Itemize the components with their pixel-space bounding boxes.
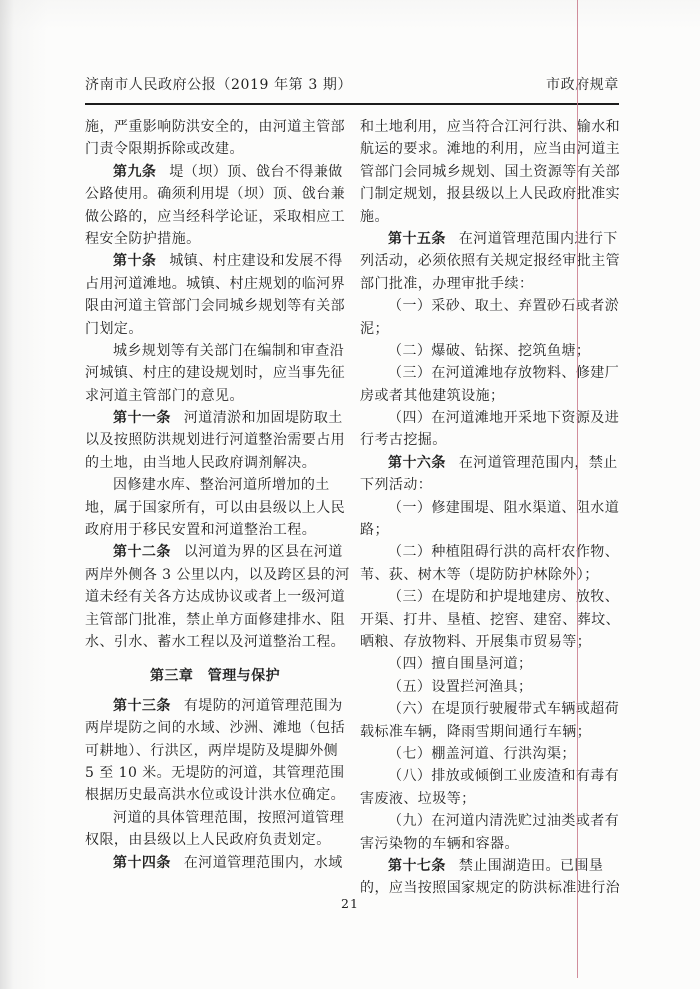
line-text: 晒粮、存放物料、开展集市贸易等； [360,634,591,650]
line-text: 的，应当按照国家规定的防洪标准进行治 [360,880,620,896]
text-line: （三）在堤防和护堤地建房、放牧、 [360,586,620,608]
text-line: 房或者其他建筑设施； [360,385,620,407]
text-line: 占用河道滩地。城镇、村庄规划的临河界 [85,273,345,295]
line-text: 求河道主管部门的意见。 [85,388,244,404]
article-number: 第十七条 [388,858,446,874]
header-publication-title: 济南市人民政府公报（2019 年第 3 期） [85,74,352,94]
registration-red-line [577,0,578,978]
text-line: 求河道主管部门的意见。 [85,385,345,407]
line-text: （二）种植阻碍行洪的高杆农作物、 [388,544,619,560]
text-line: 行考古挖掘。 [360,429,620,451]
text-line: 河城镇、村庄的建设规划时，应当事先征 [85,362,345,384]
gazette-page: 济南市人民政府公报（2019 年第 3 期） 市政府规章 施，严重影响防洪安全的… [0,0,700,989]
line-text: 载标准车辆，降雨雪期间通行车辆； [360,724,591,740]
line-text: 道未经有关各方达成协议或者上一级河道 [85,589,345,605]
line-text: 第三章 管理与保护 [150,668,280,684]
line-text: 以及按照防洪规划进行河道整治需要占用 [85,432,345,448]
line-text: 限由河道主管部门会同城乡规划等有关部 [85,298,345,314]
text-line: （三）在河道滩地存放物料、修建厂 [360,362,620,384]
text-line: 主管部门批准，禁止单方面修建排水、阻 [85,609,345,631]
text-line: 做公路的，应当经科学论证，采取相应工 [85,206,345,228]
text-line: 航运的要求。滩地的利用，应当由河道主 [360,138,620,160]
article-number: 第九条 [113,164,156,180]
line-text: 政府用于移民安置和河道整治工程。 [85,522,316,538]
line-text: （八）排放或倾倒工业废渣和有毒有 [388,768,619,784]
text-line: 以及按照防洪规划进行河道整治需要占用 [85,429,345,451]
text-line: 第十条城镇、村庄建设和发展不得 [85,250,345,272]
line-text: 河道的具体管理范围，按照河道管理 [113,810,344,826]
line-text: 在河道管理范围内进行下 [459,231,618,247]
line-text: 权限，由县级以上人民政府负责划定。 [85,832,331,848]
text-line: 程安全防护措施。 [85,228,345,250]
text-line: 政府用于移民安置和河道整治工程。 [85,519,345,541]
line-text: （二）爆破、钻探、挖筑鱼塘； [388,343,590,359]
text-line: （五）设置拦河渔具； [360,676,620,698]
text-line: 的土地，由当地人民政府调剂解决。 [85,452,345,474]
text-line: 河道的具体管理范围，按照河道管理 [85,807,345,829]
article-number: 第十六条 [388,455,446,471]
line-text: （一）采砂、取土、弃置砂石或者淤 [388,298,619,314]
line-text: （三）在河道滩地存放物料、修建厂 [388,365,619,381]
line-text: 因修建水库、整治河道所增加的土 [113,477,330,493]
text-line: 晒粮、存放物料、开展集市贸易等； [360,631,620,653]
text-line: （二）爆破、钻探、挖筑鱼塘； [360,340,620,362]
text-line: （七）棚盖河道、行洪沟渠； [360,743,620,765]
text-line: 因修建水库、整治河道所增加的土 [85,474,345,496]
line-text: 在河道管理范围内，水域 [184,855,343,871]
line-text: 禁止围湖造田。已围垦 [459,858,604,874]
text-line: 两岸外侧各 3 公里以内，以及跨区县的河 [85,564,345,586]
line-text: （六）在堤顶行驶履带式车辆或超荷 [388,701,619,717]
line-text: （五）设置拦河渔具； [388,679,533,695]
chapter-heading: 第三章 管理与保护 [85,665,345,687]
line-text: 施，严重影响防洪安全的，由河道主管部 [85,119,345,135]
line-text: 城乡规划等有关部门在编制和审查沿 [113,343,344,359]
line-text: 以河道为界的区县在河道 [184,544,343,560]
text-line: 公路使用。确须利用堤（坝）顶、戗台兼 [85,183,345,205]
line-text: 可耕地）、行洪区，两岸堤防及堤脚外侧 [85,743,338,759]
text-line: （四）在河道滩地开采地下资源及进 [360,407,620,429]
text-line: 门制定规划，报县级以上人民政府批准实 [360,183,620,205]
text-line: （四）擅自围垦河道； [360,653,620,675]
line-text: 根据历史最高洪水位或设计洪水位确定。 [85,787,345,803]
text-line: 城乡规划等有关部门在编制和审查沿 [85,340,345,362]
page-header: 济南市人民政府公报（2019 年第 3 期） 市政府规章 [85,74,619,105]
line-text: （七）棚盖河道、行洪沟渠； [388,746,576,762]
line-text: （一）修建围堤、阻水渠道、阻水道 [388,500,619,516]
text-line: 根据历史最高洪水位或设计洪水位确定。 [85,784,345,806]
text-line: （一）采砂、取土、弃置砂石或者淤 [360,295,620,317]
line-text: 公路使用。确须利用堤（坝）顶、戗台兼 [85,186,345,202]
text-line: 第十七条禁止围湖造田。已围垦 [360,855,620,877]
text-line: 门划定。 [85,318,345,340]
article-number: 第十一条 [113,410,171,426]
line-text: 施。 [360,209,389,225]
text-line: 开渠、打井、垦植、挖窖、建窑、葬坟、 [360,609,620,631]
line-text: 路； [360,522,389,538]
header-section-label: 市政府规章 [546,74,619,94]
line-text: （九）在河道内清洗贮过油类或者有 [388,813,619,829]
line-text: 城镇、村庄建设和发展不得 [169,253,342,269]
article-number: 第十条 [113,253,156,269]
line-text: 占用河道滩地。城镇、村庄规划的临河界 [85,276,345,292]
line-text: 河城镇、村庄的建设规划时，应当事先征 [85,365,345,381]
line-text: 门制定规划，报县级以上人民政府批准实 [360,186,620,202]
line-text: 房或者其他建筑设施； [360,388,505,404]
line-text: 门划定。 [85,321,143,337]
article-number: 第十二条 [113,544,171,560]
text-line: 列活动，必须依照有关规定报经审批主管 [360,250,620,272]
line-text: 开渠、打井、垦植、挖窖、建窑、葬坟、 [360,612,620,628]
text-line: 路； [360,519,620,541]
text-line: 限由河道主管部门会同城乡规划等有关部 [85,295,345,317]
line-text: 两岸堤防之间的水域、沙洲、滩地（包括 [85,720,345,736]
line-text: 的土地，由当地人民政府调剂解决。 [85,455,316,471]
line-text: （四）擅自围垦河道； [388,656,533,672]
line-text: 泥； [360,321,389,337]
text-line: 第九条堤（坝）顶、戗台不得兼做 [85,161,345,183]
text-line: （二）种植阻碍行洪的高杆农作物、 [360,541,620,563]
text-line: 下列活动： [360,474,620,496]
text-line: （八）排放或倾倒工业废渣和有毒有 [360,765,620,787]
line-text: （四）在河道滩地开采地下资源及进 [388,410,619,426]
text-line: 5 至 10 米。无堤防的河道，其管理范围 [85,762,345,784]
page-body: 施，严重影响防洪安全的，由河道主管部门责令限期拆除或改建。第九条堤（坝）顶、戗台… [85,116,620,900]
line-text: 在河道管理范围内，禁止 [459,455,618,471]
page-number: 21 [0,896,700,911]
line-text: 5 至 10 米。无堤防的河道，其管理范围 [85,765,345,781]
line-text: 河道清淤和加固堤防取土 [184,410,343,426]
text-line: 和土地利用，应当符合江河行洪、输水和 [360,116,620,138]
text-line: 第十六条在河道管理范围内，禁止 [360,452,620,474]
line-text: 做公路的，应当经科学论证，采取相应工 [85,209,345,225]
line-text: 程安全防护措施。 [85,231,201,247]
article-number: 第十三条 [113,698,171,714]
line-text: 门责令限期拆除或改建。 [85,141,244,157]
article-number: 第十四条 [113,855,171,871]
line-text: 管部门会同城乡规划、国土资源等有关部 [360,164,620,180]
column-right: 和土地利用，应当符合江河行洪、输水和航运的要求。滩地的利用，应当由河道主管部门会… [360,116,620,900]
text-line: 施。 [360,206,620,228]
line-text: 和土地利用，应当符合江河行洪、输水和 [360,119,620,135]
line-text: 水、引水、蓄水工程以及河道整治工程。 [85,634,345,650]
line-text: 害废液、垃圾等； [360,791,476,807]
text-line: 害污染物的车辆和容器。 [360,833,620,855]
text-line: 第十四条在河道管理范围内，水域 [85,852,345,874]
line-text: 堤（坝）顶、戗台不得兼做 [169,164,342,180]
article-number: 第十五条 [388,231,446,247]
text-line: 水、引水、蓄水工程以及河道整治工程。 [85,631,345,653]
text-line: 管部门会同城乡规划、国土资源等有关部 [360,161,620,183]
line-text: 列活动，必须依照有关规定报经审批主管 [360,253,620,269]
line-text: 地，属于国家所有，可以由县级以上人民 [85,500,345,516]
text-line: 第十一条河道清淤和加固堤防取土 [85,407,345,429]
text-line: 施，严重影响防洪安全的，由河道主管部 [85,116,345,138]
line-text: 主管部门批准，禁止单方面修建排水、阻 [85,612,345,628]
line-text: 苇、荻、树木等（堤防防护林除外）； [360,567,599,583]
text-line: （一）修建围堤、阻水渠道、阻水道 [360,497,620,519]
line-text: 有堤防的河道管理范围为 [184,698,343,714]
text-line: 载标准车辆，降雨雪期间通行车辆； [360,721,620,743]
text-line: 地，属于国家所有，可以由县级以上人民 [85,497,345,519]
text-line: 泥； [360,318,620,340]
text-line: （六）在堤顶行驶履带式车辆或超荷 [360,698,620,720]
text-line: 第十二条以河道为界的区县在河道 [85,541,345,563]
text-line: 苇、荻、树木等（堤防防护林除外）； [360,564,620,586]
line-text: （三）在堤防和护堤地建房、放牧、 [388,589,619,605]
text-line: 可耕地）、行洪区，两岸堤防及堤脚外侧 [85,740,345,762]
text-line: 第十三条有堤防的河道管理范围为 [85,695,345,717]
line-text: 航运的要求。滩地的利用，应当由河道主 [360,141,620,157]
text-line: 门责令限期拆除或改建。 [85,138,345,160]
text-line: 害废液、垃圾等； [360,788,620,810]
text-line: 权限，由县级以上人民政府负责划定。 [85,829,345,851]
line-text: 行考古挖掘。 [360,432,447,448]
line-text: 部门批准，办理审批手续： [360,276,533,292]
text-line: 第十五条在河道管理范围内进行下 [360,228,620,250]
text-line: 部门批准，办理审批手续： [360,273,620,295]
line-text: 两岸外侧各 3 公里以内，以及跨区县的河 [85,567,350,583]
line-text: 下列活动： [360,477,432,493]
line-text: 害污染物的车辆和容器。 [360,836,519,852]
column-left: 施，严重影响防洪安全的，由河道主管部门责令限期拆除或改建。第九条堤（坝）顶、戗台… [85,116,345,900]
text-line: 两岸堤防之间的水域、沙洲、滩地（包括 [85,717,345,739]
text-line: （九）在河道内清洗贮过油类或者有 [360,810,620,832]
text-line: 道未经有关各方达成协议或者上一级河道 [85,586,345,608]
